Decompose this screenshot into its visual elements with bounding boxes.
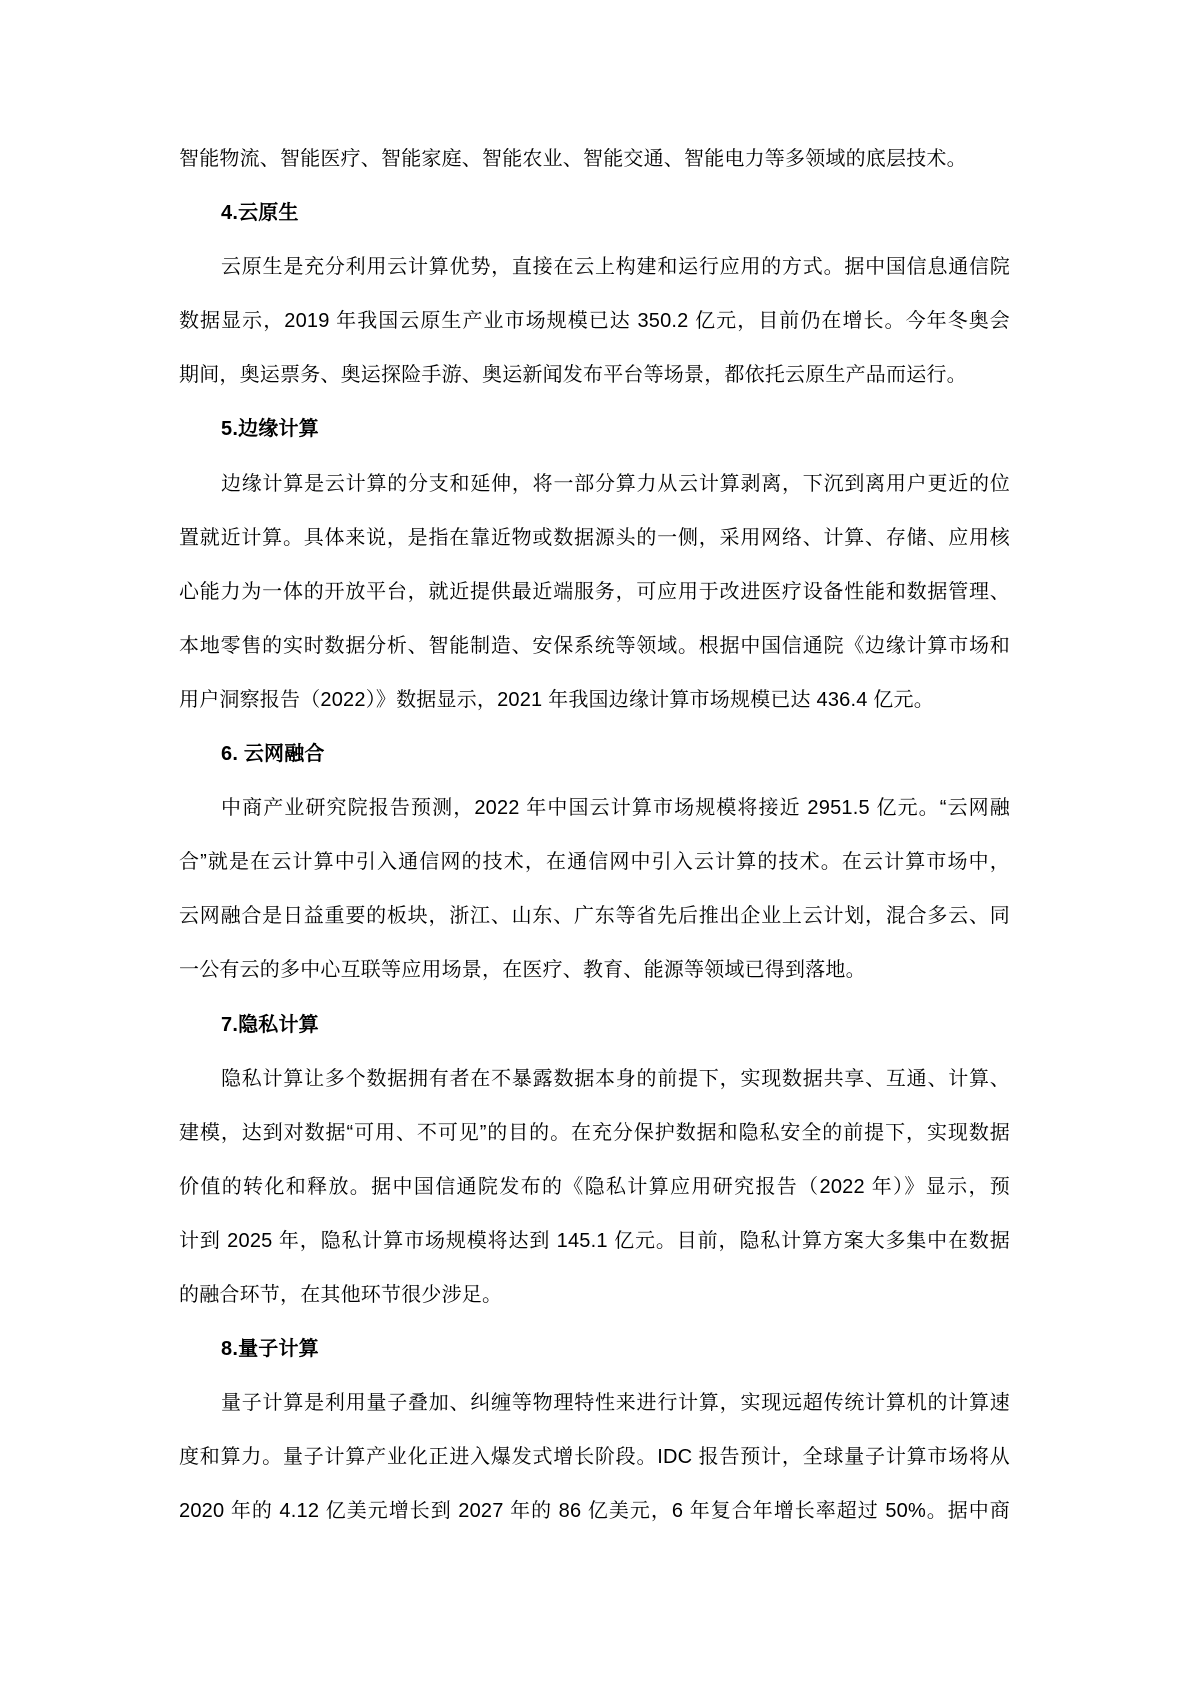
section-heading: 5.边缘计算 xyxy=(179,402,1010,456)
paragraph: 中商产业研究院报告预测，2022 年中国云计算市场规模将接近 2951.5 亿元… xyxy=(179,781,1010,997)
paragraph-line: 用户洞察报告（2022）》数据显示，2021 年我国边缘计算市场规模已达 436… xyxy=(179,673,1010,727)
paragraph-line: 智能物流、智能医疗、智能家庭、智能农业、智能交通、智能电力等多领域的底层技术。 xyxy=(179,132,1010,186)
paragraph-line: 建模，达到对数据“可用、不可见”的目的。在充分保护数据和隐私安全的前提下，实现数… xyxy=(179,1106,1010,1160)
paragraph: 边缘计算是云计算的分支和延伸，将一部分算力从云计算剥离，下沉到离用户更近的位置就… xyxy=(179,457,1010,727)
paragraph-line: 数据显示，2019 年我国云原生产业市场规模已达 350.2 亿元，目前仍在增长… xyxy=(179,294,1010,348)
paragraph-line: 2020 年的 4.12 亿美元增长到 2027 年的 86 亿美元，6 年复合… xyxy=(179,1484,1010,1538)
section-heading: 8.量子计算 xyxy=(179,1322,1010,1376)
document-page: 智能物流、智能医疗、智能家庭、智能农业、智能交通、智能电力等多领域的底层技术。4… xyxy=(0,0,1190,1683)
paragraph-line: 的融合环节，在其他环节很少涉足。 xyxy=(179,1268,1010,1322)
section-heading: 7.隐私计算 xyxy=(179,998,1010,1052)
paragraph: 隐私计算让多个数据拥有者在不暴露数据本身的前提下，实现数据共享、互通、计算、建模… xyxy=(179,1052,1010,1322)
section-heading: 6. 云网融合 xyxy=(179,727,1010,781)
paragraph-line: 云网融合是日益重要的板块，浙江、山东、广东等省先后推出企业上云计划，混合多云、同 xyxy=(179,889,1010,943)
paragraph-line: 计到 2025 年，隐私计算市场规模将达到 145.1 亿元。目前，隐私计算方案… xyxy=(179,1214,1010,1268)
paragraph-line: 量子计算是利用量子叠加、纠缠等物理特性来进行计算，实现远超传统计算机的计算速 xyxy=(179,1376,1010,1430)
paragraph-line: 置就近计算。具体来说，是指在靠近物或数据源头的一侧，采用网络、计算、存储、应用核 xyxy=(179,511,1010,565)
paragraph-line: 中商产业研究院报告预测，2022 年中国云计算市场规模将接近 2951.5 亿元… xyxy=(179,781,1010,835)
paragraph-line: 合”就是在云计算中引入通信网的技术，在通信网中引入云计算的技术。在云计算市场中， xyxy=(179,835,1010,889)
paragraph-line: 本地零售的实时数据分析、智能制造、安保系统等领域。根据中国信通院《边缘计算市场和 xyxy=(179,619,1010,673)
document-content: 智能物流、智能医疗、智能家庭、智能农业、智能交通、智能电力等多领域的底层技术。4… xyxy=(179,132,1010,1538)
paragraph-line: 度和算力。量子计算产业化正进入爆发式增长阶段。IDC 报告预计，全球量子计算市场… xyxy=(179,1430,1010,1484)
paragraph: 量子计算是利用量子叠加、纠缠等物理特性来进行计算，实现远超传统计算机的计算速度和… xyxy=(179,1376,1010,1538)
paragraph-line: 一公有云的多中心互联等应用场景，在医疗、教育、能源等领域已得到落地。 xyxy=(179,943,1010,997)
paragraph-line: 边缘计算是云计算的分支和延伸，将一部分算力从云计算剥离，下沉到离用户更近的位 xyxy=(179,457,1010,511)
paragraph-line: 心能力为一体的开放平台，就近提供最近端服务，可应用于改进医疗设备性能和数据管理、 xyxy=(179,565,1010,619)
paragraph-line: 期间，奥运票务、奥运探险手游、奥运新闻发布平台等场景，都依托云原生产品而运行。 xyxy=(179,348,1010,402)
paragraph: 云原生是充分利用云计算优势，直接在云上构建和运行应用的方式。据中国信息通信院数据… xyxy=(179,240,1010,402)
paragraph: 智能物流、智能医疗、智能家庭、智能农业、智能交通、智能电力等多领域的底层技术。 xyxy=(179,132,1010,186)
paragraph-line: 隐私计算让多个数据拥有者在不暴露数据本身的前提下，实现数据共享、互通、计算、 xyxy=(179,1052,1010,1106)
paragraph-line: 云原生是充分利用云计算优势，直接在云上构建和运行应用的方式。据中国信息通信院 xyxy=(179,240,1010,294)
paragraph-line: 价值的转化和释放。据中国信通院发布的《隐私计算应用研究报告（2022 年）》显示… xyxy=(179,1160,1010,1214)
section-heading: 4.云原生 xyxy=(179,186,1010,240)
